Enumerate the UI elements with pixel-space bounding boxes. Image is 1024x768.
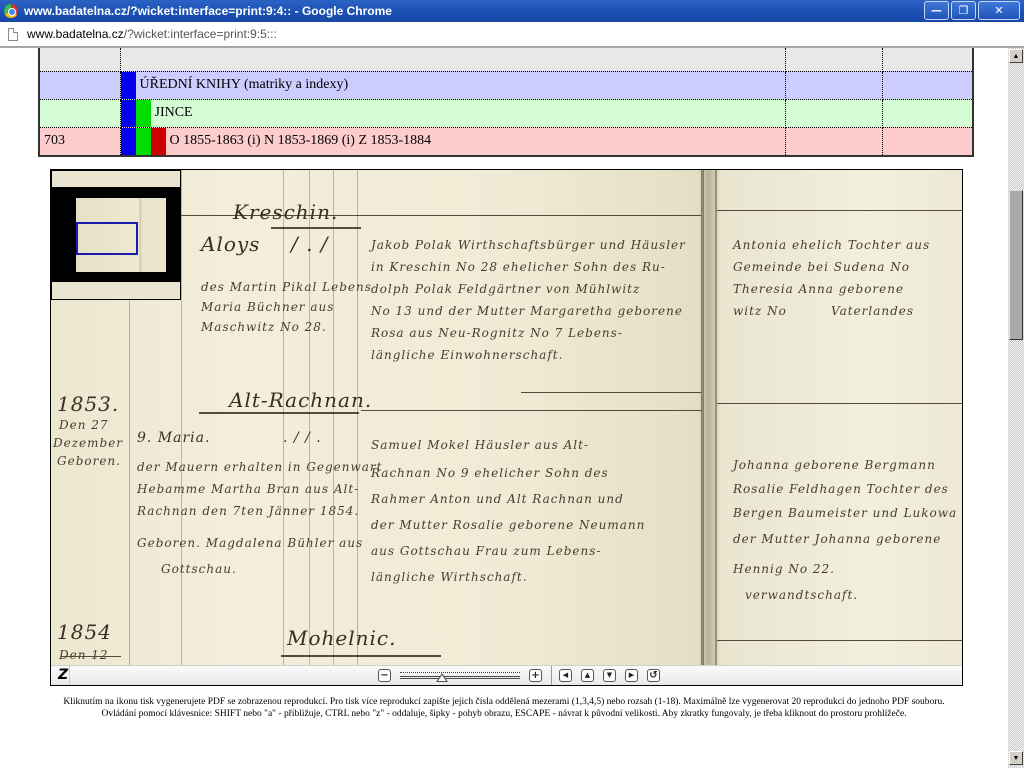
url-path: /?wicket:interface=print:9:5:::	[124, 27, 277, 41]
handwritten-name: 9. Maria.	[137, 430, 210, 446]
image-viewer[interactable]: Kreschin. Aloys / . / des Martin Pikal L…	[50, 169, 963, 686]
rule-line	[283, 170, 284, 666]
url-host: www.badatelna.cz	[27, 27, 124, 41]
handwritten-line: Rosa aus Neu-Rognitz No 7 Lebens-	[371, 326, 623, 340]
page-scrollbar[interactable]: ▲ ▼	[1008, 48, 1024, 768]
level-2-marker	[136, 100, 151, 127]
cell-label: ÚŘEDNÍ KNIHY (matriky a indexy)	[120, 71, 785, 99]
row-label[interactable]: JINCE	[151, 100, 193, 127]
handwritten-line: Jakob Polak Wirthschaftsbürger und Häusl…	[371, 238, 686, 252]
help-keyboard-info: Ovládání pomocí klávesnice: SHIFT nebo "…	[0, 708, 1008, 720]
plus-icon: +	[531, 671, 539, 681]
handwritten-line: Gemeinde bei Sudena No	[733, 260, 910, 274]
record-hierarchy-table: ÚŘEDNÍ KNIHY (matriky a indexy) JINCE 70…	[38, 48, 974, 157]
cell-extra-1	[785, 71, 882, 99]
handwritten-line: Bergen Baumeister und Lukowa	[733, 506, 957, 520]
cell-extra-2	[882, 127, 973, 156]
window-title: www.badatelna.cz/?wicket:interface=print…	[24, 4, 392, 18]
cell-label: O 1855-1863 (i) N 1853-1869 (i) Z 1853-1…	[120, 127, 785, 156]
handwritten-line: dolph Polak Feldgärtner von Mühlwitz	[371, 282, 640, 296]
cell-label: JINCE	[120, 99, 785, 127]
handwritten-marks: . / / .	[283, 430, 322, 446]
handwritten-heading: Mohelnic.	[287, 626, 396, 650]
cell-extra-2	[882, 99, 973, 127]
handwritten-line: No 13 und der Mutter Margaretha geborene	[371, 304, 683, 318]
handwritten-line: Rahmer Anton und Alt Rachnan und	[371, 492, 624, 506]
handwritten-line: Rachnan den 7ten Jänner 1854.	[137, 504, 359, 518]
window-controls: — ❐ ✕	[924, 1, 1020, 20]
cell-label	[120, 48, 785, 71]
minimize-button[interactable]: —	[924, 1, 949, 20]
handwritten-line: Hebamme Martha Bran aus Alt-	[137, 482, 359, 496]
cell-extra-2	[882, 71, 973, 99]
cell-extra-2	[882, 48, 973, 71]
rule-line	[357, 170, 358, 666]
row-label[interactable]: ÚŘEDNÍ KNIHY (matriky a indexy)	[136, 72, 349, 99]
rule-line	[521, 392, 701, 393]
minimap-page-strip	[52, 282, 180, 299]
handwritten-line: des Martin Pikal Lebens	[201, 280, 372, 294]
cell-number	[39, 48, 120, 71]
handwritten-line: Geboren. Magdalena Bühler aus	[137, 536, 363, 550]
arrow-down-icon: ▼	[1013, 755, 1020, 762]
zoom-out-button[interactable]: −	[378, 669, 391, 682]
handwritten-line: Vaterlandes	[831, 304, 914, 318]
arrow-left-icon: ◀	[563, 672, 568, 679]
zoom-slider[interactable]	[400, 670, 520, 682]
handwritten-line: Gottschau.	[161, 562, 237, 576]
cell-extra-1	[785, 127, 882, 156]
minimap-viewport-box[interactable]	[76, 222, 138, 255]
navigator-minimap[interactable]	[51, 170, 181, 300]
rule-line	[181, 170, 182, 666]
page-icon	[8, 28, 18, 41]
rule-line	[361, 410, 701, 411]
row-label[interactable]: O 1855-1863 (i) N 1853-1869 (i) Z 1853-1…	[166, 128, 432, 155]
cell-number	[39, 99, 120, 127]
reset-icon: ↺	[649, 671, 657, 681]
close-icon: ✕	[994, 4, 1003, 17]
heading-underline	[271, 227, 361, 229]
window-titlebar: www.badatelna.cz/?wicket:interface=print…	[0, 0, 1024, 22]
handwritten-line: Johanna geborene Bergmann	[733, 458, 936, 472]
close-button[interactable]: ✕	[978, 1, 1020, 20]
handwritten-line: Antonia ehelich Tochter aus	[733, 238, 930, 252]
slider-track	[400, 676, 520, 679]
zoom-in-button[interactable]: +	[529, 669, 542, 682]
slider-ticks	[400, 672, 520, 673]
help-print-info: Kliknutím na ikonu tisk vygenerujete PDF…	[0, 696, 1008, 708]
level-3-marker	[151, 128, 166, 155]
address-bar[interactable]: www.badatelna.cz/?wicket:interface=print…	[0, 22, 1024, 48]
handwritten-line: der Mauern erhalten in Gegenwart	[137, 460, 382, 474]
restore-icon: ❐	[959, 4, 969, 17]
arrow-down-icon: ▼	[607, 672, 612, 679]
handwritten-marks: / . /	[291, 232, 329, 256]
level-1-marker	[121, 72, 136, 99]
scrollbar-thumb[interactable]	[1009, 190, 1023, 340]
cell-number	[39, 71, 120, 99]
table-header-row	[39, 48, 973, 71]
rule-line	[333, 170, 334, 666]
handwritten-line: Hennig No 22.	[733, 562, 835, 576]
handwritten-line: Maria Büchner aus	[201, 300, 334, 314]
rule-line	[717, 640, 962, 641]
handwritten-line: Samuel Mokel Häusler aus Alt-	[371, 438, 589, 452]
pan-down-button[interactable]: ▼	[603, 669, 616, 682]
handwritten-line: aus Gottschau Frau zum Lebens-	[371, 544, 601, 558]
toolbar-separator	[551, 666, 552, 685]
scanned-register-page[interactable]: Kreschin. Aloys / . / des Martin Pikal L…	[51, 170, 962, 666]
pan-up-button[interactable]: ▲	[581, 669, 594, 682]
level-1-marker	[121, 100, 136, 127]
pan-left-button[interactable]: ◀	[559, 669, 572, 682]
handwritten-year: 1853.	[57, 392, 119, 416]
minimap-page-strip	[52, 171, 180, 187]
heading-underline	[199, 412, 359, 414]
minus-icon: −	[380, 671, 388, 681]
handwritten-date: Dezember	[53, 436, 123, 450]
handwritten-line: Maschwitz No 28.	[201, 320, 327, 334]
handwritten-line: Rachnan No 9 ehelicher Sohn des	[371, 466, 609, 480]
handwritten-date: Den 27	[59, 418, 109, 432]
level-2-marker	[136, 128, 151, 155]
handwritten-name: Aloys	[201, 232, 260, 256]
book-gutter	[701, 170, 704, 666]
handwritten-heading: Alt-Rachnan.	[229, 388, 372, 412]
handwritten-date: Geboren.	[57, 454, 121, 468]
table-row-book[interactable]: 703 O 1855-1863 (i) N 1853-1869 (i) Z 18…	[39, 127, 973, 156]
heading-underline	[281, 655, 441, 657]
table-row-place[interactable]: JINCE	[39, 99, 973, 127]
handwritten-line: Theresia Anna geborene	[733, 282, 904, 296]
handwritten-line: Rosalie Feldhagen Tochter des	[733, 482, 949, 496]
scroll-up-button[interactable]: ▲	[1009, 49, 1023, 63]
reset-view-button[interactable]: ↺	[647, 669, 660, 682]
arrow-up-icon: ▲	[1013, 53, 1020, 60]
slider-knob[interactable]	[436, 673, 448, 682]
book-gutter	[715, 170, 717, 666]
scroll-down-button[interactable]: ▼	[1009, 751, 1023, 765]
handwritten-line: witz No	[733, 304, 787, 318]
help-text: Kliknutím na ikonu tisk vygenerujete PDF…	[0, 696, 1008, 720]
arrow-up-icon: ▲	[585, 672, 590, 679]
table-row-fond[interactable]: ÚŘEDNÍ KNIHY (matriky a indexy)	[39, 71, 973, 99]
rule-line	[717, 210, 962, 211]
handwritten-line: der Mutter Rosalie geborene Neumann	[371, 518, 645, 532]
handwritten-date: Den 12	[59, 648, 109, 662]
handwritten-year: 1854	[57, 620, 112, 644]
handwritten-line: längliche Einwohnerschaft.	[371, 348, 563, 362]
viewer-toolbar: Z − + ◀ ▲ ▼ ▶ ↺	[51, 665, 962, 685]
rule-line	[717, 403, 962, 404]
handwritten-line: der Mutter Johanna geborene	[733, 532, 941, 546]
cell-extra-1	[785, 48, 882, 71]
handwritten-line: in Kreschin No 28 ehelicher Sohn des Ru-	[371, 260, 666, 274]
handwritten-line: längliche Wirthschaft.	[371, 570, 528, 584]
restore-button[interactable]: ❐	[951, 1, 976, 20]
handwritten-heading: Kreschin.	[233, 200, 338, 224]
cell-extra-1	[785, 99, 882, 127]
cell-number: 703	[39, 127, 120, 156]
arrow-right-icon: ▶	[629, 672, 634, 679]
minimize-icon: —	[931, 4, 942, 17]
level-1-marker	[121, 128, 136, 155]
zoomify-logo[interactable]: Z	[58, 667, 68, 683]
toolbar-separator	[69, 666, 70, 685]
pan-right-button[interactable]: ▶	[625, 669, 638, 682]
chrome-logo-icon	[4, 4, 18, 18]
handwritten-line: verwandtschaft.	[745, 588, 858, 602]
